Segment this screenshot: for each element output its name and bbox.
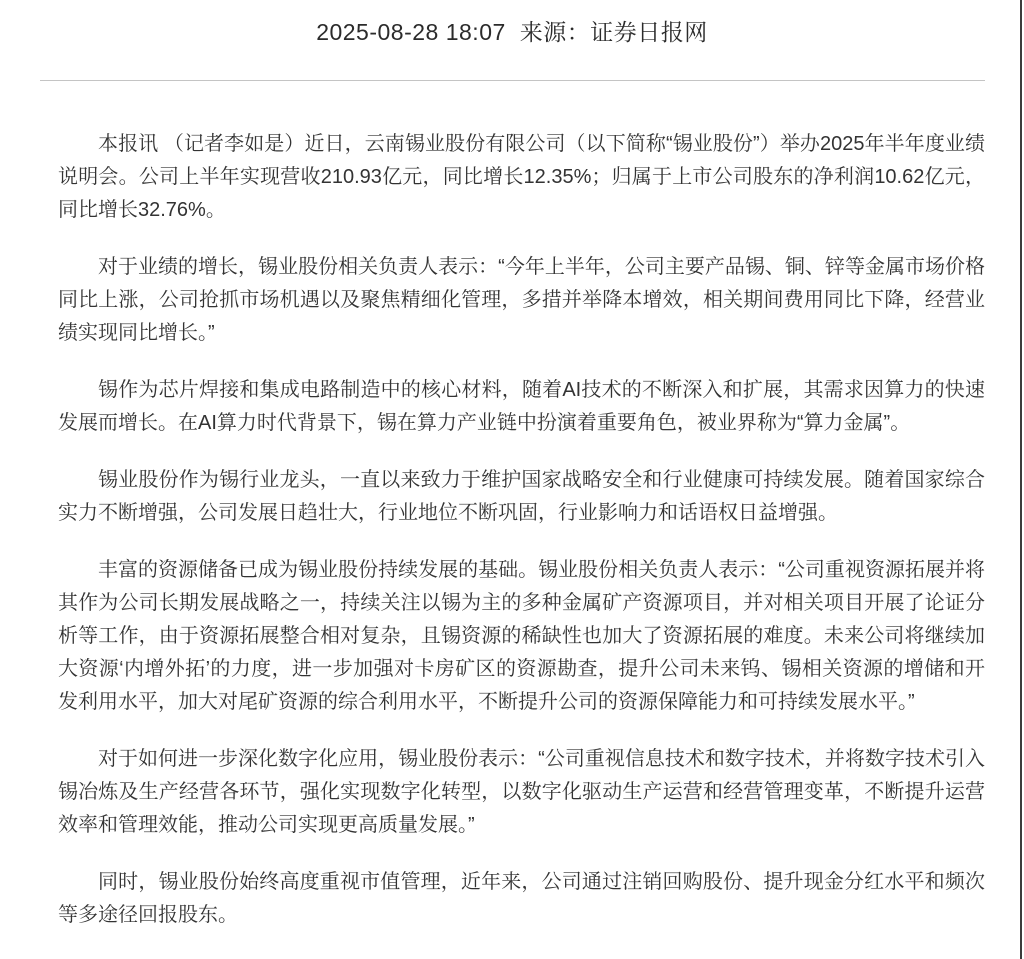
header-divider bbox=[40, 80, 985, 81]
article-paragraph: 丰富的资源储备已成为锡业股份持续发展的基础。锡业股份相关负责人表示：“公司重视资… bbox=[58, 554, 985, 719]
window-right-border bbox=[1020, 0, 1022, 959]
publish-datetime: 2025-08-28 18:07 bbox=[316, 19, 506, 45]
article-paragraph: 同时，锡业股份始终高度重视市值管理，近年来，公司通过注销回购股份、提升现金分红水… bbox=[58, 866, 985, 932]
article-paragraph: 对于业绩的增长，锡业股份相关负责人表示：“今年上半年，公司主要产品锡、铜、锌等金… bbox=[58, 251, 985, 350]
article-paragraph: 锡作为芯片焊接和集成电路制造中的核心材料，随着AI技术的不断深入和扩展，其需求因… bbox=[58, 374, 985, 440]
article-body: 本报讯 （记者李如是）近日，云南锡业股份有限公司（以下简称“锡业股份”）举办20… bbox=[58, 128, 985, 956]
article-source: 来源：证券日报网 bbox=[520, 19, 708, 45]
article-paragraph: 锡业股份作为锡行业龙头，一直以来致力于维护国家战略安全和行业健康可持续发展。随着… bbox=[58, 464, 985, 530]
article-paragraph: 本报讯 （记者李如是）近日，云南锡业股份有限公司（以下简称“锡业股份”）举办20… bbox=[58, 128, 985, 227]
article-page: 2025-08-28 18:07来源：证券日报网 本报讯 （记者李如是）近日，云… bbox=[0, 0, 1024, 959]
article-meta: 2025-08-28 18:07来源：证券日报网 bbox=[0, 18, 1024, 46]
article-paragraph: 对于如何进一步深化数字化应用，锡业股份表示：“公司重视信息技术和数字技术，并将数… bbox=[58, 743, 985, 842]
